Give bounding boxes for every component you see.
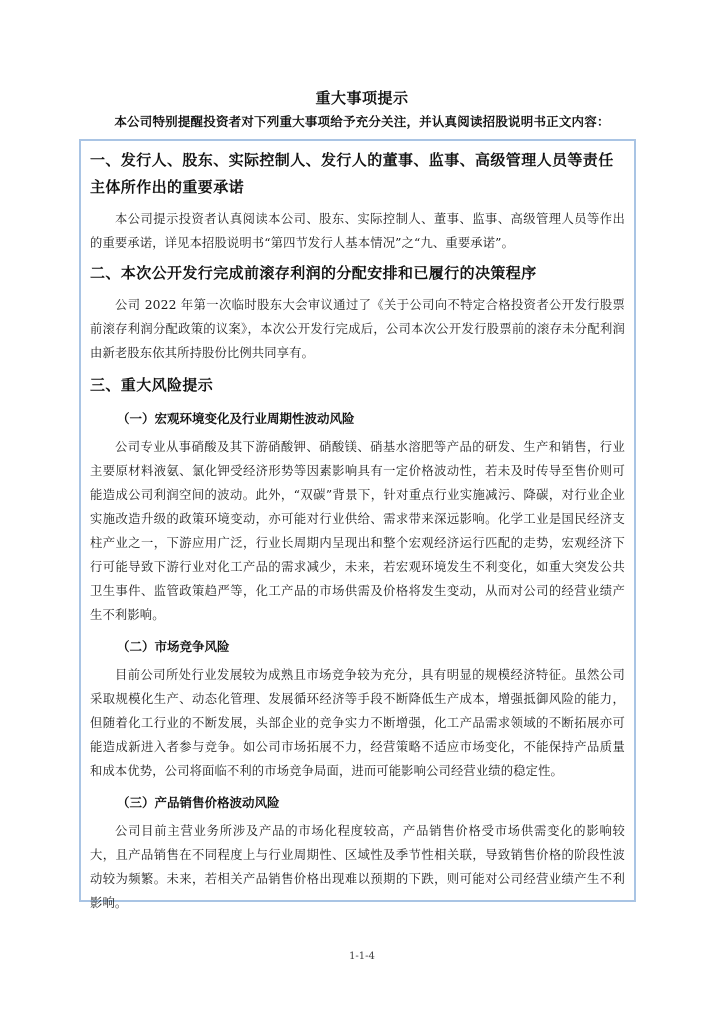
section-heading-major-risks: 三、重大风险提示 bbox=[90, 372, 625, 399]
page-title: 重大事项提示 bbox=[0, 88, 724, 108]
subsection-heading-macro-risk: （一）宏观环境变化及行业周期性波动风险 bbox=[90, 409, 625, 429]
section-heading-retained-profit: 二、本次公开发行完成前滚存利润的分配安排和已履行的决策程序 bbox=[90, 260, 625, 287]
notice-box: 一、发行人、股东、实际控制人、发行人的董事、监事、高级管理人员等责任主体所作出的… bbox=[79, 139, 636, 902]
section-heading-commitments: 一、发行人、股东、实际控制人、发行人的董事、监事、高级管理人员等责任主体所作出的… bbox=[90, 147, 625, 201]
page-subtitle: 本公司特别提醒投资者对下列重大事项给予充分关注，并认真阅读招股说明书正文内容： bbox=[0, 113, 724, 131]
subsection-heading-competition-risk: （二）市场竞争风险 bbox=[90, 637, 625, 657]
page-number: 1-1-4 bbox=[0, 951, 724, 962]
subsection-heading-price-risk: （三）产品销售价格波动风险 bbox=[90, 793, 625, 813]
subsection-paragraph-competition-risk: 目前公司所处行业发展较为成熟且市场竞争较为充分，具有明显的规模经济特征。虽然公司… bbox=[90, 663, 625, 783]
section-paragraph-commitments: 本公司提示投资者认真阅读本公司、股东、实际控制人、董事、监事、高级管理人员等作出… bbox=[90, 207, 625, 255]
subsection-paragraph-price-risk: 公司目前主营业务所涉及产品的市场化程度较高，产品销售价格受市场供需变化的影响较大… bbox=[90, 819, 625, 915]
section-paragraph-retained-profit: 公司 2022 年第一次临时股东大会审议通过了《关于公司向不特定合格投资者公开发… bbox=[90, 293, 625, 365]
subsection-paragraph-macro-risk: 公司专业从事硝酸及其下游硝酸钾、硝酸镁、硝基水溶肥等产品的研发、生产和销售，行业… bbox=[90, 435, 625, 627]
